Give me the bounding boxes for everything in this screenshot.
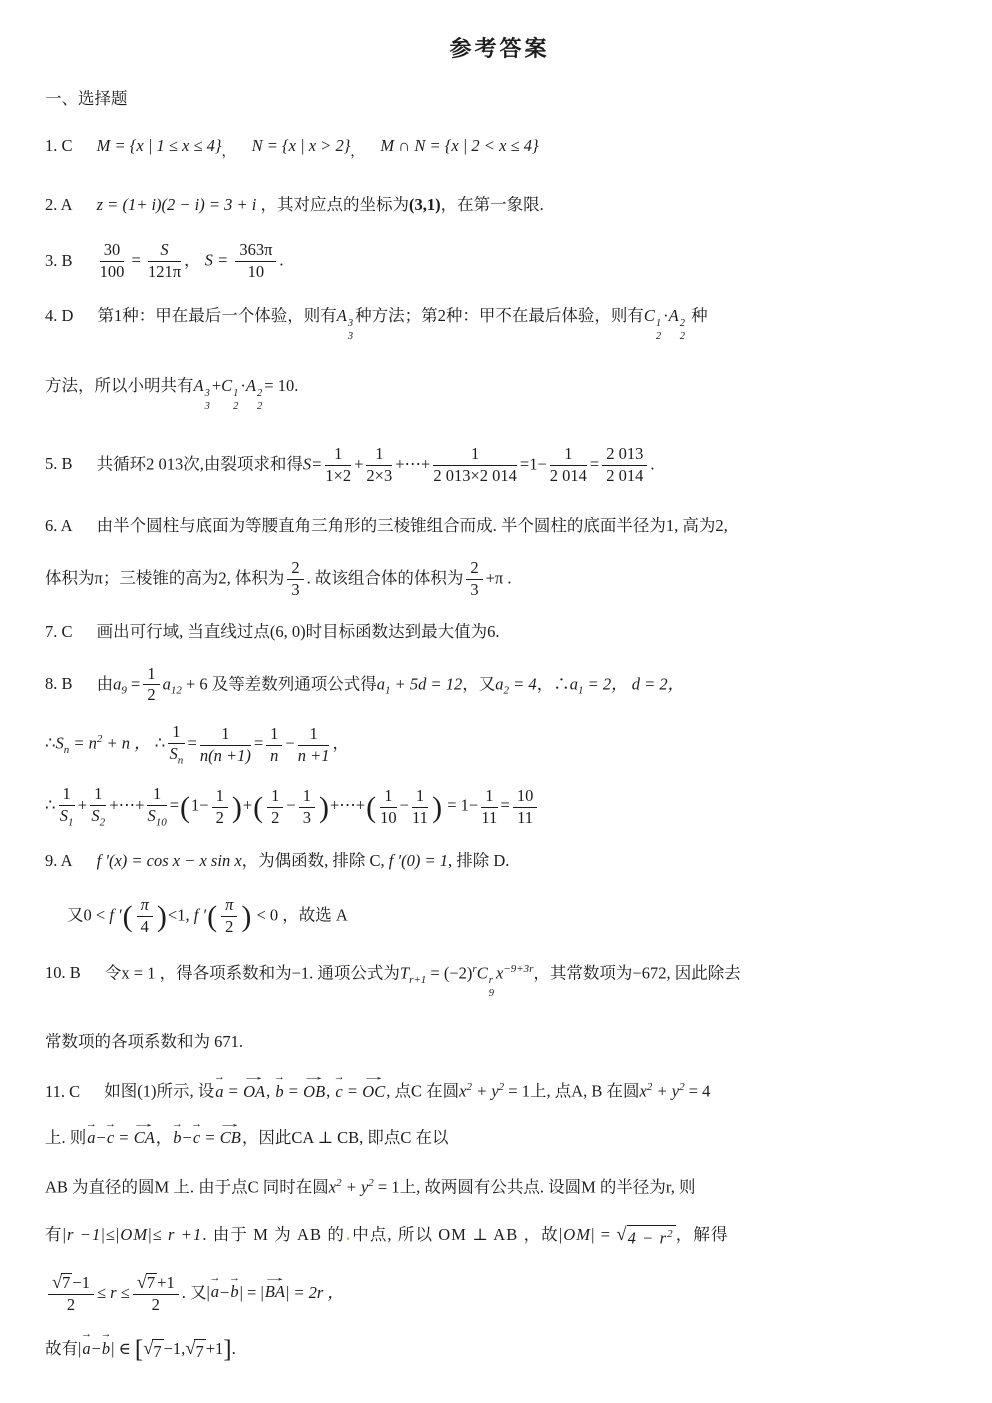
numerator: 1 [59,785,75,806]
text-run: 体积为π；三棱锥的高为2, 体积为 [45,568,284,587]
question-11: 11. C 如图(1)所示, 设a = OA, b = OB, c = OC, … [45,1079,954,1104]
s-equals: S = [205,251,229,270]
denominator: 1×2 [325,466,351,486]
less-than-one: <1, [168,905,190,924]
fraction: 12 014 [550,445,587,486]
denominator: 2 [267,808,283,828]
fraction: 1011 [513,787,538,828]
fraction: 1n +1 [298,725,330,766]
plus: + [243,796,252,815]
sup-sub: 33 [348,318,353,343]
subscript: 3 [205,401,210,414]
numerator: 2 [466,559,482,580]
question-1: 1. C M = {x | 1 ≤ x ≤ 4}， N = {x | x > 2… [45,134,954,163]
equation: + 5d = 12 [391,674,463,693]
fraction: √7−12 [48,1273,94,1315]
therefore: ∴ [45,734,56,753]
fraction: 12 013×2 014 [433,445,517,486]
subscript: 9 [489,988,494,1001]
right-paren: ) [240,900,252,933]
denominator: S1 [59,806,75,829]
numerator: 1 [212,787,228,808]
superscript: 2 [667,1228,674,1240]
radicand: 7 [194,1339,205,1365]
question-4-cont: 方法，所以小明共有A33+C12·A22= 10. [45,374,954,413]
equals: = [601,1225,611,1244]
text-run: 上, 点A, B 在圆 [530,1082,640,1101]
fraction: 12 [267,787,283,828]
permutation-A33: A [337,306,347,325]
right-paren: ) [231,791,243,824]
equals-four: = 4 [685,1082,711,1101]
permutation-A22: A [246,376,256,395]
denominator: 2 [212,808,228,828]
left-paren: ( [122,900,134,933]
equals: = [501,796,510,815]
denominator: 11 [412,808,428,828]
numerator: 1 [380,787,397,808]
plus: + [354,454,363,473]
plus-y: + y [342,1178,369,1197]
numerator: 1 [366,445,392,466]
set-intersection: M ∩ N = {x | 2 < x ≤ 4} [380,136,538,155]
superscript: r [489,975,493,988]
numerator: 1 [168,723,184,744]
numerator: √7−1 [48,1273,94,1295]
numerator: π [221,896,237,917]
plus-six: + 6 [182,674,212,693]
vector-c: c [193,1126,200,1151]
text-run: , 排除 D. [448,851,509,870]
text-run: 由半个圆柱与底面为等腰直角三角形的三棱锥组合而成. 半个圆柱的底面半径为1, 高… [97,516,728,535]
superscript: 2 [680,318,685,331]
derivative: f ′(x) = cos x − x sin x [97,851,242,870]
numerator: 1 [147,785,166,806]
denominator: 2 014 [550,466,587,486]
subscript: 2 [257,401,262,414]
question-10-cont: 常数项的各项系数和为 671. [45,1030,954,1055]
denominator: 2 014 [602,466,647,486]
fraction: 1n(n +1) [200,725,251,766]
comma: ， [222,145,236,160]
d-equals-two: d = 2， [632,674,684,693]
question-11-line2: 上. 则a−c = CA，b−c = CB，因此CA ⊥ CB, 即点C 在以 [45,1126,954,1151]
fraction: 12 [212,787,228,828]
S: S [91,806,99,825]
denominator: 3 [299,808,315,828]
answer-label-8: 8. B [45,672,73,697]
denominator: 3 [287,580,303,600]
square-root: √7 [52,1273,72,1293]
text-run: . 故该组合体的体积为 [307,568,464,587]
radicand: 7 [146,1273,157,1293]
text-run: 点C 在圆 [394,1082,459,1101]
period: . [650,454,654,473]
answer-label-5: 5. B [45,452,73,477]
leq: ≤ [106,1225,116,1244]
leq-r-leq: ≤ r ≤ [97,1282,130,1301]
equals-n: = n [69,734,97,753]
numerator: 1 [412,787,428,808]
f-prime: f ′ [194,905,206,924]
leq-r-plus-1: ≤ r +1 [153,1225,203,1244]
denominator: 11 [481,808,497,828]
text-run: 中点, 所以 OM ⊥ AB ，故 [352,1225,559,1244]
denominator: 2×3 [366,466,392,486]
equals: = [247,1282,256,1301]
numerator: 1 [299,787,315,808]
question-4: 4. D 第1种：甲在最后一个体验，则有A33种方法；第2种：甲不在最后体验，则… [45,304,954,343]
numerator: √7+1 [133,1273,179,1295]
sup-sub: 12 [656,318,661,343]
complex-expression: z = (1+ i)(2 − i) = 3 + i [97,195,257,214]
equals: = [170,796,179,815]
combination-C21: C [644,306,655,325]
S: S [147,806,155,825]
question-11-line5: √7−12≤ r ≤√7+12. 又|a−b| = |BA| = 2r ， [45,1273,954,1315]
a1: a [570,674,578,693]
fraction: 13 [299,787,315,828]
numerator: 1 [550,445,587,466]
comma: ， [350,145,364,160]
minus: − [92,1339,101,1358]
conclusion: < 0 ，故选 A [256,905,347,924]
ellipsis: +⋯+ [395,454,430,473]
vector-a: a [87,1126,95,1151]
text-run: 令x = 1 ，得各项系数和为−1. 通项公式为 [105,963,400,982]
answer-label-10: 10. B [45,961,81,986]
equals: = [225,1082,243,1101]
square-root: √7 [143,1339,163,1365]
subscript: 2 [656,331,661,344]
text-run: 种 [687,306,708,325]
vector-CB: CB [220,1126,241,1151]
superscript: 3 [205,388,210,401]
Sn: S [56,734,64,753]
numerator: S [148,241,181,262]
right-paren: ) [156,900,168,933]
plus: + [78,796,87,815]
combination-C9r: C [477,963,488,982]
set-m: M = {x | 1 ≤ x ≤ 4} [97,136,222,155]
left-paren: ( [206,900,218,933]
equals-four: = 4 [509,674,537,693]
period: . [232,1339,236,1358]
fraction: 1S1 [59,785,75,829]
numerator: 30 [100,241,125,262]
denominator: 10 [380,808,397,828]
text-run: ，其常数项为−672, 因此除去 [533,963,740,982]
text-run: ，其对应点的坐标为 [260,195,409,214]
minus: − [286,796,295,815]
highlight-dot: . [346,1225,351,1244]
denominator: Sn [168,744,184,767]
fraction: π2 [221,896,237,937]
equals: = [590,454,599,473]
text-run: 上. 则 [45,1128,86,1147]
equals: = [188,734,197,753]
text-run: 种方法；第2种：甲不在最后体验，则有 [355,306,644,325]
vector-a: a [211,1280,219,1305]
denominator: 2 [221,917,237,937]
plus-one: +1 [157,1273,175,1292]
x: x [640,1082,647,1101]
superscript: 2 [257,388,262,401]
plus: + [212,376,221,395]
question-8-line3: ∴1S1+1S2+⋯+1S10=(1−12)+(12−13)+⋯+(110−11… [45,785,954,829]
fraction: 1S10 [147,785,166,829]
text-run: . 又 [182,1282,207,1301]
numerator: 2 013 [602,445,647,466]
numerator: π [137,896,153,917]
equals-one: = 1 [374,1178,400,1197]
numerator: 363π [235,241,276,262]
fraction: π4 [137,896,153,937]
fraction: 363π10 [235,241,276,282]
ellipsis: +⋯+ [330,796,365,815]
OM: OM [120,1225,148,1244]
therefore: ，∴ [537,674,570,693]
fraction: 12×3 [366,445,392,486]
denominator: 3 [466,580,482,600]
a2: a [495,674,503,693]
abs-bar: | [591,1225,595,1244]
sup-sub: 22 [257,388,262,413]
left-paren: ( [365,791,377,824]
permutation-A22: A [669,306,679,325]
answer-label-1: 1. C [45,134,73,159]
numerator: 10 [513,787,538,808]
x: x [329,1178,336,1197]
left-paren: ( [179,791,191,824]
page-title: 参考答案 [45,32,954,63]
text-run: 由 [97,674,114,693]
r-minus-1: r −1 [67,1225,101,1244]
left-bracket: [ [135,1336,143,1363]
superscript: 1 [233,388,238,401]
denominator: n(n +1) [200,746,251,766]
coordinate: (3,1) [409,195,441,214]
question-8-line2: ∴Sn = n2 + n ， ∴1Sn=1n(n +1)=1n−1n +1， [45,723,954,767]
square-root: √4 − r2 [616,1225,675,1251]
numerator: 1 [325,445,351,466]
vector-BA: BA [265,1280,285,1305]
comma: ， [332,734,349,753]
answer-label-2: 2. A [45,193,73,218]
numerator: 1 [200,725,251,746]
text-run: 画出可行域, 当直线过点(6, 0)时目标函数达到最大值为6. [97,622,500,641]
a12: a [163,674,171,693]
numerator: 1 [90,785,106,806]
numerator: 1 [143,665,159,686]
equals-one-minus: =1− [520,454,547,473]
fraction: 111 [412,787,428,828]
set-n: N = {x | x > 2} [252,136,351,155]
text-run: 常数项的各项系数和为 671. [45,1032,243,1051]
comma: ， [184,251,205,270]
equals: = [344,1082,362,1101]
abs-bar: | [111,1339,114,1358]
denominator: S2 [90,806,106,829]
question-9-line2: 又0 < f ′(π4)<1, f ′(π2) < 0 ，故选 A [45,896,954,937]
equals-one-minus: = 1− [447,796,478,815]
equals: = [115,1128,133,1147]
term-T: T [400,963,409,982]
fraction: 111 [481,787,497,828]
vector-c: c [335,1080,342,1105]
plus-y: + y [652,1082,679,1101]
right-paren: ) [431,791,443,824]
fraction: 23 [287,559,303,600]
base: (−2) [444,963,473,982]
denominator: 121π [148,262,181,282]
radicand: 4 − r2 [627,1225,676,1251]
numerator: 1 [266,725,282,746]
S: S [60,806,68,825]
text-run: 如图(1)所示, 设 [104,1082,214,1101]
equals: = [132,251,141,270]
answer-label-11: 11. C [45,1080,80,1105]
vector-b: b [230,1280,238,1305]
radicand: 7 [61,1273,72,1293]
vector-CA: CA [134,1126,155,1151]
vector-OB: OB [303,1080,325,1105]
superscript: 1 [656,318,661,331]
four-minus-r: 4 − r [628,1229,668,1248]
fraction: 1Sn [168,723,184,767]
question-3: 3. B 30100 = S121π， S = 363π10. [45,241,954,282]
radicand: 7 [152,1339,163,1365]
equals: = [426,963,444,982]
answer-label-4: 4. D [45,304,73,329]
therefore: ∴ [45,796,56,815]
fraction: 23 [466,559,482,600]
one-minus: 1− [191,796,209,815]
equals: = [127,674,140,693]
minus: − [220,1282,229,1301]
fraction: 110 [380,787,397,828]
answer-label-6: 6. A [45,514,73,539]
minus-one: −1 [72,1273,90,1292]
vector-b: b [275,1080,283,1105]
minus: − [400,796,409,815]
subscript: 3 [348,331,353,344]
right-paren: ) [318,791,330,824]
text-run: AB 为直径的圆M 上. 由于点C 同时在圆 [45,1178,329,1197]
sup-sub: 33 [205,388,210,413]
subscript: 2 [100,817,106,829]
text-run: 及等差数列通项公式得 [212,674,377,693]
left-paren: ( [252,791,264,824]
right-bracket: ] [223,1336,231,1363]
sup-sub: r9 [489,975,494,1000]
therefore: ∴ [155,734,166,753]
sup-sub: 12 [233,388,238,413]
denominator: 100 [100,262,125,282]
text-run: . 由于 M 为 AB 的 [202,1225,345,1244]
a1: a [377,674,385,693]
sup-sub: 22 [680,318,685,343]
vector-b: b [173,1126,181,1151]
subscript: 10 [156,817,167,829]
answer-label-7: 7. C [45,620,73,645]
vector-a: a [215,1080,223,1105]
answer-sheet-page: 参考答案 一、选择题 1. C M = {x | 1 ≤ x ≤ 4}， N =… [0,0,992,1364]
denominator: 2 [143,685,159,705]
minus: − [285,734,294,753]
question-6: 6. A 由半个圆柱与底面为等腰直角三角形的三棱锥组合而成. 半个圆柱的底面半径… [45,514,954,539]
denominator: 2 [48,1295,94,1315]
answer-label-9: 9. A [45,849,73,874]
superscript: 3 [348,318,353,331]
vector-c: c [107,1126,114,1151]
text-run: 有 [45,1225,63,1244]
denominator: n [266,746,282,766]
period: . [279,251,283,270]
question-10: 10. B 令x = 1 ，得各项系数和为−1. 通项公式为Tr+1 = (−2… [45,961,954,1000]
equals: = [201,1128,219,1147]
text-run: 故有 [45,1339,78,1358]
plus-n: + n ， [102,734,150,753]
equals: = [285,1082,303,1101]
vector-b: b [102,1337,110,1362]
equals-2r: = 2r ， [293,1282,344,1301]
denominator: 11 [513,808,538,828]
question-11-line6: 故有|a−b| ∈ [√7−1,√7+1]. [45,1337,954,1365]
fraction: S121π [148,241,181,282]
answer-label-3: 3. B [45,249,73,274]
subscript: n [178,755,184,767]
text-run: +π . [486,568,512,587]
numerator: 1 [433,445,517,466]
subscript: 2 [233,401,238,414]
text-run: 第1种：甲在最后一个体验，则有 [98,306,337,325]
numerator: 2 [287,559,303,580]
text-run: ，又 [462,674,495,693]
equals-two: = 2， [583,674,627,693]
denominator: 2 013×2 014 [433,466,517,486]
numerator: 1 [267,787,283,808]
question-5: 5. B 共循环2 013次,由裂项求和得S=11×2+12×3+⋯+12 01… [45,445,954,486]
numerator: 1 [298,725,330,746]
f-prime: f ′ [109,905,121,924]
fraction: 12 [143,665,159,706]
OM: OM [563,1225,591,1244]
question-2: 2. A z = (1+ i)(2 − i) = 3 + i ，其对应点的坐标为… [45,193,954,218]
vector-a: a [82,1337,90,1362]
result: = 10. [264,376,298,395]
fraction: 2 0132 014 [602,445,647,486]
text-run: ，解得 [676,1225,729,1244]
comma: ， [156,1128,173,1147]
denominator: 2 [133,1295,179,1315]
equals: = [254,734,263,753]
question-8: 8. B 由a9 =12a12 + 6 及等差数列通项公式得a1 + 5d = … [45,665,954,706]
text-run: 共循环2 013次,由裂项求和得 [97,454,303,473]
question-6-cont: 体积为π；三棱锥的高为2, 体积为23. 故该组合体的体积为23+π . [45,559,954,600]
minus-one-comma: −1, [164,1339,186,1358]
subscript: 1 [68,817,74,829]
ellipsis: +⋯+ [109,796,144,815]
section-heading: 一、选择题 [45,87,954,112]
text-run: 又0 < [67,905,105,924]
fraction: 1n [266,725,282,766]
question-9: 9. A f ′(x) = cos x − x sin x，为偶函数, 排除 C… [45,849,954,874]
text-run: ，为偶函数, 排除 C, [242,851,389,870]
series-s: S= [303,454,322,473]
question-7: 7. C 画出可行域, 当直线过点(6, 0)时目标函数达到最大值为6. [45,620,954,645]
equals-one: = 1 [504,1082,530,1101]
